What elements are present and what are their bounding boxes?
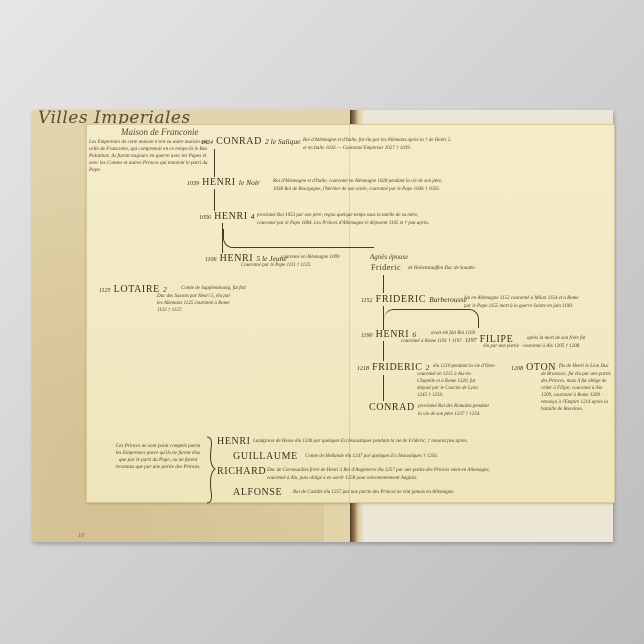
entry-frideric-barberousse: 1152 FRIDERIC Barberousse bbox=[361, 294, 467, 305]
lineage-connector bbox=[214, 189, 215, 211]
anti-king-alfonse: ALFONSE bbox=[233, 487, 282, 498]
entry-henri-le-noir: 1039 HENRI le Noir bbox=[187, 177, 260, 188]
anti-king-guillaume: GUILLAUME bbox=[233, 451, 298, 462]
desc-henri-5-line1: couronné en Allemagne 1099 bbox=[281, 254, 339, 261]
lineage-curve-to-souabe bbox=[223, 229, 374, 248]
desc-frideric-2-line2: couronné en 1215 à Aix-la-Chapelle et à … bbox=[417, 371, 487, 399]
desc-lotaire-line1: Comte de Supplembourg, fut fait bbox=[181, 285, 246, 292]
desc-oton-line1: fils de Henri le Lion Duc bbox=[559, 363, 609, 370]
desc-conrad-souabe-line1: proclamé Roi des Romains pendant bbox=[418, 403, 489, 410]
desc-henri-le-noir-line2: 1038 Roi de Bourgogne, l'héritier de son… bbox=[273, 186, 440, 193]
corner-mark: 18 bbox=[78, 533, 84, 539]
anti-king-richard-desc: Duc de Cornouailles frère de Henri 3 Roi… bbox=[267, 467, 490, 474]
intro-note: Les Empereurs de cette maison n'ont eu a… bbox=[89, 139, 211, 174]
genealogy-sheet: Maison de Franconie Les Empereurs de cet… bbox=[86, 124, 615, 503]
anti-king-richard: RICHARD bbox=[217, 466, 266, 477]
anti-kings-note: Ces Princes ne sont point comptés parmi … bbox=[113, 443, 203, 471]
brace-icon bbox=[205, 435, 217, 505]
desc-henri-6-line2: couronné à Rome 1191 † 1197. bbox=[401, 338, 463, 345]
desc-henri-le-noir-line1: Roi d'Allemagne et d'Italie, couronné en… bbox=[273, 178, 442, 185]
desc-barberousse-line2: par le Pape 1155 mort à la guerre Sainte… bbox=[464, 303, 573, 310]
desc-henri-4-line2: couronné par le Pape 1084. Les Princes d… bbox=[257, 220, 429, 227]
lineage-connector bbox=[383, 375, 384, 401]
desc-oton-line2: de Brunswic, fut élu par une partie des … bbox=[541, 371, 613, 413]
desc-conrad-2-line2: et en Italie 1026 — Couronné Empereur 10… bbox=[303, 145, 411, 152]
desc-lotaire-line2: Duc des Saxons par Henri 5, élu par les … bbox=[157, 293, 237, 314]
desc-barberousse-line1: élu en Allemagne 1152 couronné à Milan 1… bbox=[464, 295, 579, 302]
desc-frideric-2-line1: élu 1210 pendant la vie d'Oton bbox=[433, 363, 495, 370]
desc-henri-4-line1: proclamé Roi 1053 par son père, regna qu… bbox=[257, 212, 418, 219]
desc-filipe-line2: élu par une partie · couronné à Aix 1205… bbox=[483, 343, 593, 350]
anti-king-richard-desc2: couronné à Aix, puis obligé à en sortir … bbox=[267, 475, 417, 482]
desc-conrad-2-line1: Roi d'Allemagne et d'Italie, fut élu par… bbox=[303, 137, 451, 144]
anti-king-henri: HENRI bbox=[217, 436, 251, 447]
document-poster: Villes Imperiales 18 Maison de Franconie… bbox=[32, 110, 613, 542]
anti-king-alfonse-desc: Roi de Castille élu 1257 par une partie … bbox=[293, 489, 455, 496]
lineage-connector bbox=[383, 341, 384, 361]
lineage-connector bbox=[383, 275, 384, 293]
entry-frideric-root: Frideric bbox=[371, 263, 401, 272]
desc-conrad-souabe-line2: la vie de son père 1237 † 1254. bbox=[418, 411, 481, 418]
entry-conrad-2: 1024 CONRAD 2 le Salique bbox=[201, 136, 300, 147]
house-franconie-title: Maison de Franconie bbox=[121, 127, 198, 137]
entry-conrad-souabe: CONRAD bbox=[369, 402, 415, 413]
desc-frideric-root: de Hohenstauffen Duc de Souabe. bbox=[408, 265, 476, 272]
anti-king-henri-desc: Landgrave de Hesse élu 1246 par quelques… bbox=[253, 438, 468, 445]
agnes-label: Agnès épouse bbox=[370, 254, 408, 261]
lineage-connector bbox=[214, 149, 215, 177]
anti-king-guillaume-desc: Comte de Hollande élu 1247 par quelques … bbox=[305, 453, 438, 460]
desc-filipe-line1: après la mort de son frère fut bbox=[527, 335, 585, 342]
desc-henri-5-line2: Couronné par le Pape 1111 † 1125. bbox=[241, 262, 311, 269]
entry-henri-4: 1056 HENRI 4 bbox=[199, 211, 255, 222]
lineage-curve-to-filipe bbox=[384, 309, 479, 328]
